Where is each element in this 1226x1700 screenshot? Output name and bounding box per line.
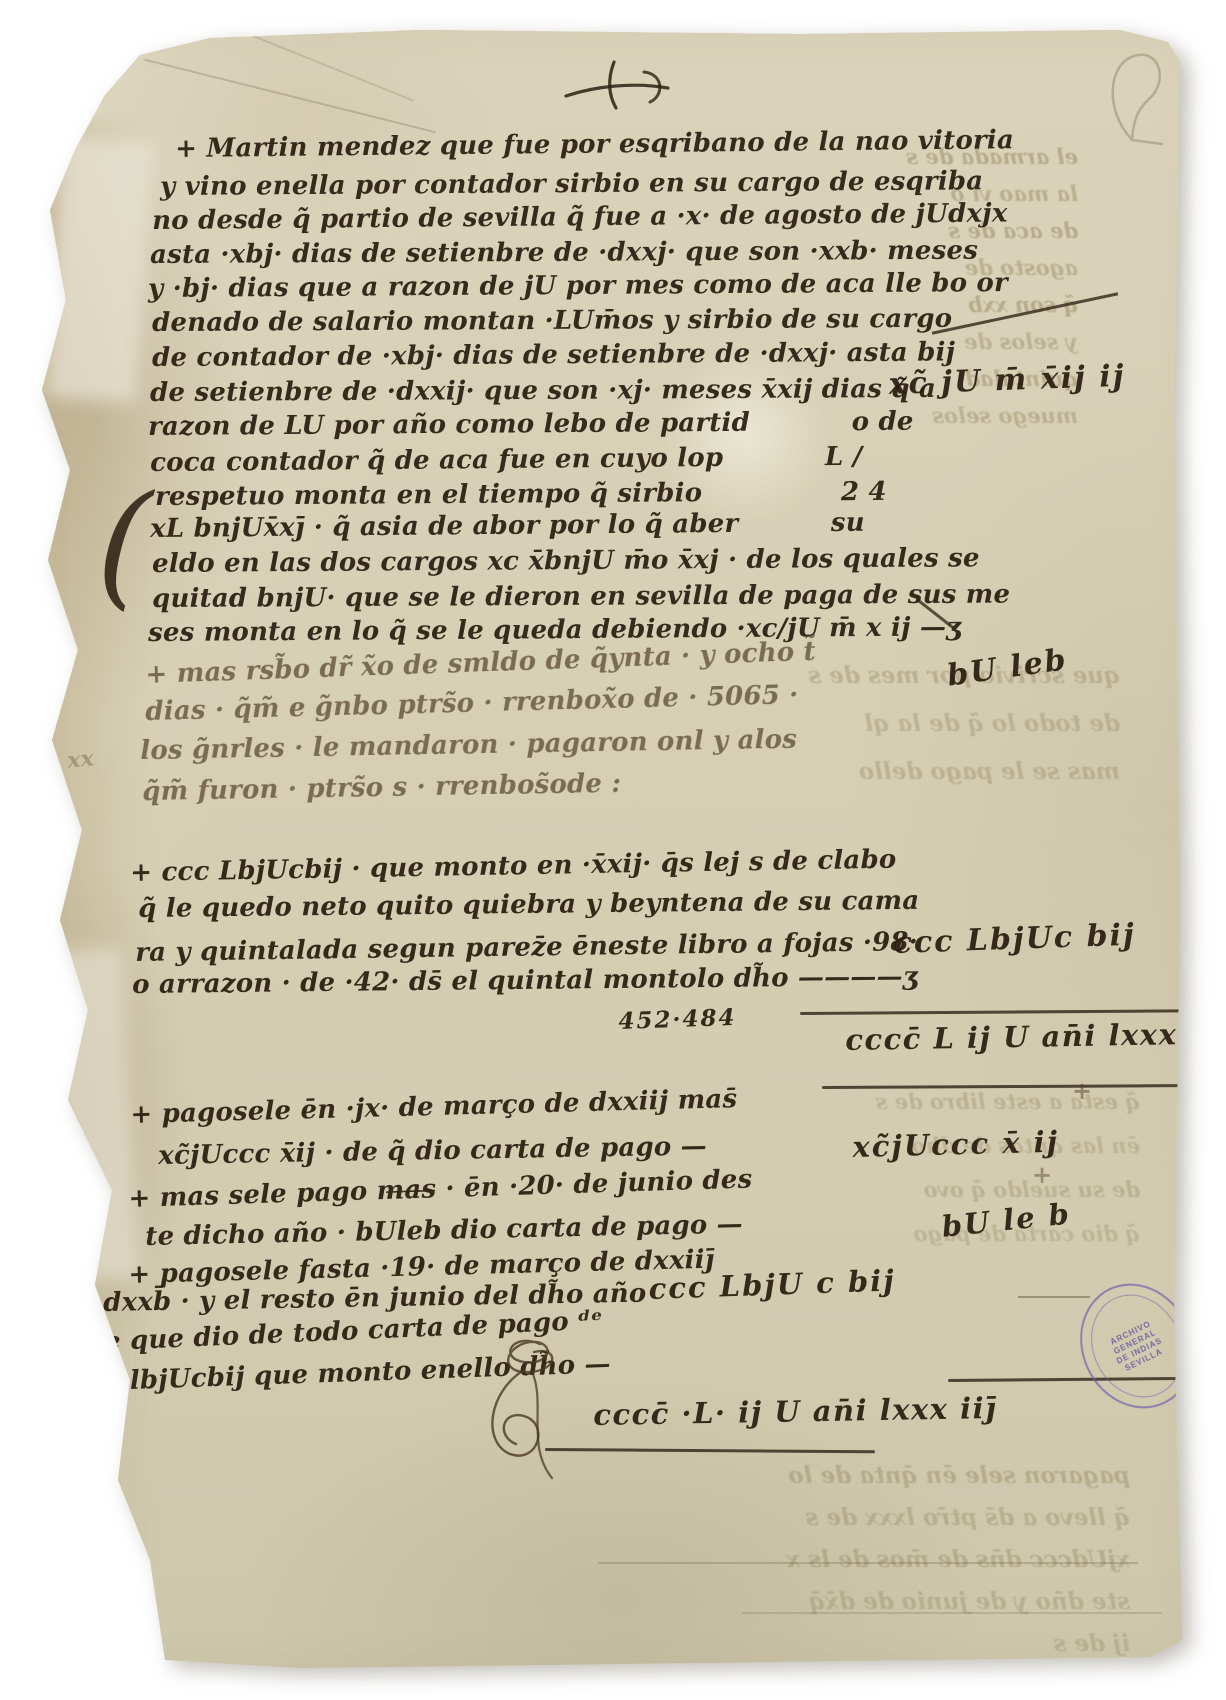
margin-note: xx [66, 745, 95, 774]
margin-brace: ( [93, 462, 155, 625]
stamp-label: ARCHIVO GENERAL DE INDIAS SEVILLA [1062, 1267, 1212, 1425]
margin-amount: xc̃ jU m̄ x̄ij ij [888, 359, 1126, 402]
bleedthrough-cross: + [1072, 1076, 1092, 1105]
manuscript-line: quitad bnjU· que se le dieron en sevilla… [152, 580, 1010, 614]
manuscript-line: de contador de ·xbj· dias de setienbre d… [152, 337, 955, 373]
manuscript-line: xL bnjUx̄xj̄ · q̃ asia de abor por lo q̃… [150, 508, 865, 544]
bleedthrough-text: q̃ dio carta de pago [700, 1212, 1140, 1256]
manuscript-line: asta ·xbj· dias de setienbre de ·dxxj· q… [150, 236, 978, 270]
roman-total: cccc̄ ·L· ij U an̄i lxxx iij̄ [593, 1391, 997, 1432]
manuscript-line: + pagosele ēn ·jx· de março de dxxiij ma… [130, 1084, 738, 1130]
pencil-mark [1096, 44, 1186, 154]
payment-margin-amount: ccc LbjU c bij [648, 1263, 896, 1306]
torn-edge-patch [21, 948, 138, 1283]
manuscript-line: respetuo monta en el tiempo q̃ sirbio 2 … [155, 477, 887, 512]
manuscript-line: denado de salario montan ·LUm̄os y sirbi… [152, 304, 952, 338]
torn-edge-patch [46, 137, 154, 403]
manuscript-line: + mas sele pago m̶a̶s̶ · ēn ·20· de juni… [128, 1164, 753, 1214]
manuscript-line: xc̃jUccc x̄ij · de q̃ dio carta de pago … [158, 1131, 707, 1171]
bleedthrough-cluster: q̃ esta a este libro de s ēn las q̄ntas … [700, 1080, 1140, 1256]
bleedthrough-text: xjUdccc dn̄s de m̄os de ls x [390, 1539, 1130, 1581]
manuscript-page: el armada de s la mao vi o de aca de s a… [0, 0, 1226, 1700]
bleedthrough-cluster: pagaron sele ēn q̄nta de lo q̃ llevo a d… [390, 1455, 1130, 1665]
margin-amount: ccc LbjUc bij [893, 918, 1136, 961]
pencil-scratch [144, 59, 436, 134]
manuscript-line: ra y quintalada segun parez̄e ēneste lib… [135, 927, 918, 968]
bleedthrough-text: de su sueldo q̃ ovo [700, 1168, 1140, 1212]
bleedthrough-cross: + [1032, 1160, 1052, 1189]
manuscript-line: y vino enella por contador sirbio en su … [160, 166, 983, 202]
manuscript-line: razon de LU por año como lebo de partid … [148, 407, 914, 442]
manuscript-scan: el armada de s la mao vi o de aca de s a… [0, 0, 1226, 1700]
rubric-flourish [468, 1330, 598, 1480]
tally-mark [556, 56, 676, 114]
archive-stamp: ARCHIVO GENERAL DE INDIAS SEVILLA [1060, 1264, 1215, 1427]
sum-rule [800, 1009, 1185, 1015]
manuscript-line: de setienbre de ·dxxij· que son ·xj· mes… [150, 374, 936, 408]
manuscript-line: + ccc LbjUcbij · que monto en ·x̄xij· q̄… [130, 845, 897, 888]
bleedthrough-text: q̃ llevo a ds̄ ptr̄o lxxx de s [390, 1497, 1130, 1539]
page-shadow: el armada de s la mao vi o de aca de s a… [0, 0, 1226, 1700]
manuscript-line: o arrazon · de ·42· ds̄ el quintal monto… [132, 962, 918, 1000]
manuscript-line: q̃m̃ furon · ptrs̃o s · rrenbos̃ode : [142, 769, 621, 807]
manuscript-line: ses monta en lo q̃ se le queda debiendo … [148, 612, 961, 648]
manuscript-line: eldo en las dos cargos xc x̄bnjU m̄o x̄x… [152, 543, 980, 579]
roman-total: cccc̄ L ij U an̄i lxxx iij̄ [845, 1016, 1226, 1057]
manuscript-line: coca contador q̃ de aca fue en cuyo lop … [150, 442, 863, 478]
bleedthrough-rule [598, 1562, 1138, 1564]
bleedthrough-text: ste dn̄o y de junio de dx̄q̄ [390, 1581, 1130, 1623]
bleedthrough-text: ij de s [390, 1623, 1130, 1665]
payment-margin-amount: xc̃jUccc x̄ ij [852, 1125, 1060, 1164]
bleedthrough-rule [1018, 1296, 1090, 1298]
pencil-scratch [246, 32, 414, 101]
bleedthrough-rule [742, 1612, 1162, 1614]
manuscript-line: q̃ le quedo neto quito quiebra y beynten… [138, 886, 920, 924]
manuscript-line: y ·bj· dias que a razon de jU por mes co… [148, 268, 1008, 304]
arabic-total: 452·484 [618, 1004, 737, 1035]
